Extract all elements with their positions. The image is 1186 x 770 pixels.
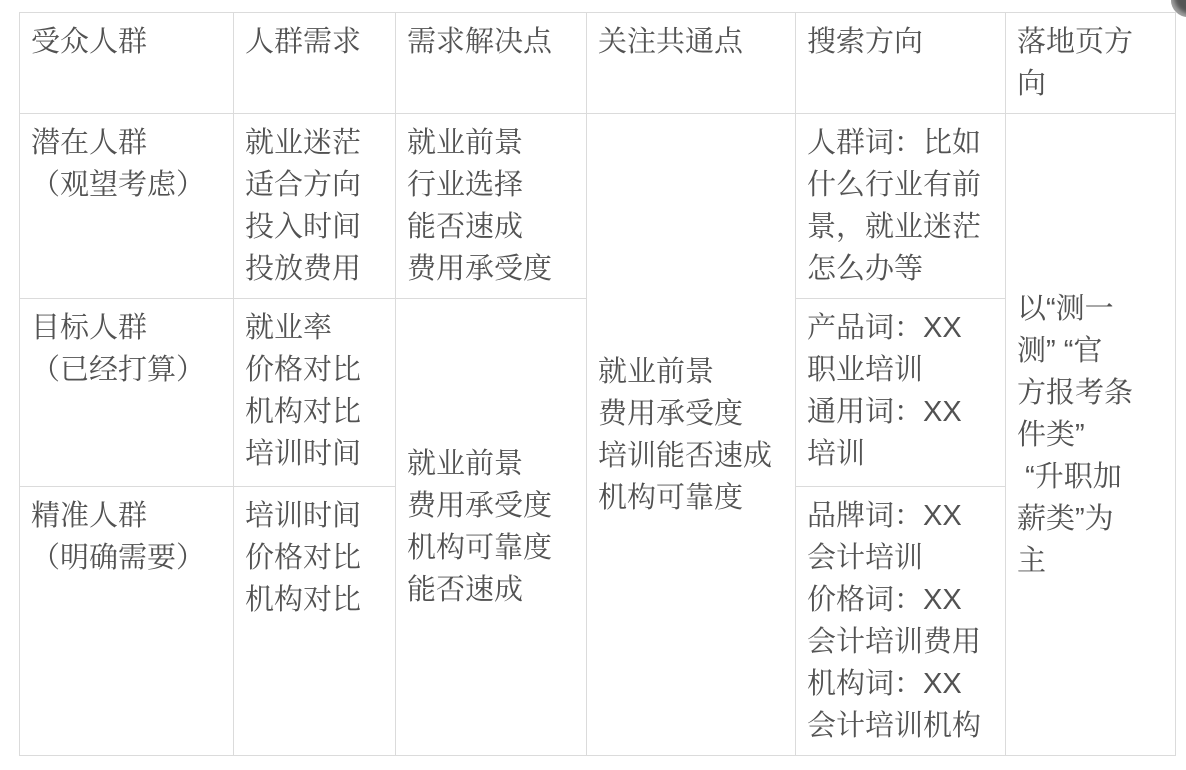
- col-header-search-direction: 搜索方向: [796, 13, 1006, 114]
- page: 受众人群 人群需求 需求解决点 关注共通点 搜索方向 落地页方 向 潜在人群 （…: [0, 0, 1186, 770]
- cell-potential-solutions: 就业前景 行业选择 能否速成 费用承受度: [396, 114, 587, 299]
- col-header-common-focus: 关注共通点: [587, 13, 796, 114]
- cell-landing-page-merged: 以“测一 测” “官 方报考条 件类” “升职加 薪类”为 主: [1006, 114, 1176, 756]
- col-header-group-needs: 人群需求: [234, 13, 396, 114]
- header-row: 受众人群 人群需求 需求解决点 关注共通点 搜索方向 落地页方 向: [20, 13, 1176, 114]
- row-potential-audience: 潜在人群 （观望考虑） 就业迷茫 适合方向 投入时间 投放费用 就业前景 行业选…: [20, 114, 1176, 299]
- cell-target-audience: 目标人群 （已经打算）: [20, 299, 234, 487]
- cell-precise-needs: 培训时间 价格对比 机构对比: [234, 487, 396, 756]
- cell-solutions-merged: 就业前景 费用承受度 机构可靠度 能否速成: [396, 299, 587, 756]
- cell-precise-audience: 精准人群 （明确需要）: [20, 487, 234, 756]
- cell-precise-search-words: 品牌词：XX 会计培训 价格词：XX 会计培训费用 机构词：XX 会计培训机构: [796, 487, 1006, 756]
- cell-potential-needs: 就业迷茫 适合方向 投入时间 投放费用: [234, 114, 396, 299]
- audience-analysis-table: 受众人群 人群需求 需求解决点 关注共通点 搜索方向 落地页方 向 潜在人群 （…: [19, 12, 1176, 756]
- cell-potential-audience: 潜在人群 （观望考虑）: [20, 114, 234, 299]
- cell-target-search-words: 产品词：XX 职业培训 通用词：XX 培训: [796, 299, 1006, 487]
- cell-potential-search-words: 人群词：比如 什么行业有前 景，就业迷茫 怎么办等: [796, 114, 1006, 299]
- cell-common-focus-merged: 就业前景 费用承受度 培训能否速成 机构可靠度: [587, 114, 796, 756]
- col-header-need-solutions: 需求解决点: [396, 13, 587, 114]
- col-header-landing-page-direction: 落地页方 向: [1006, 13, 1176, 114]
- col-header-audience-group: 受众人群: [20, 13, 234, 114]
- cell-target-needs: 就业率 价格对比 机构对比 培训时间: [234, 299, 396, 487]
